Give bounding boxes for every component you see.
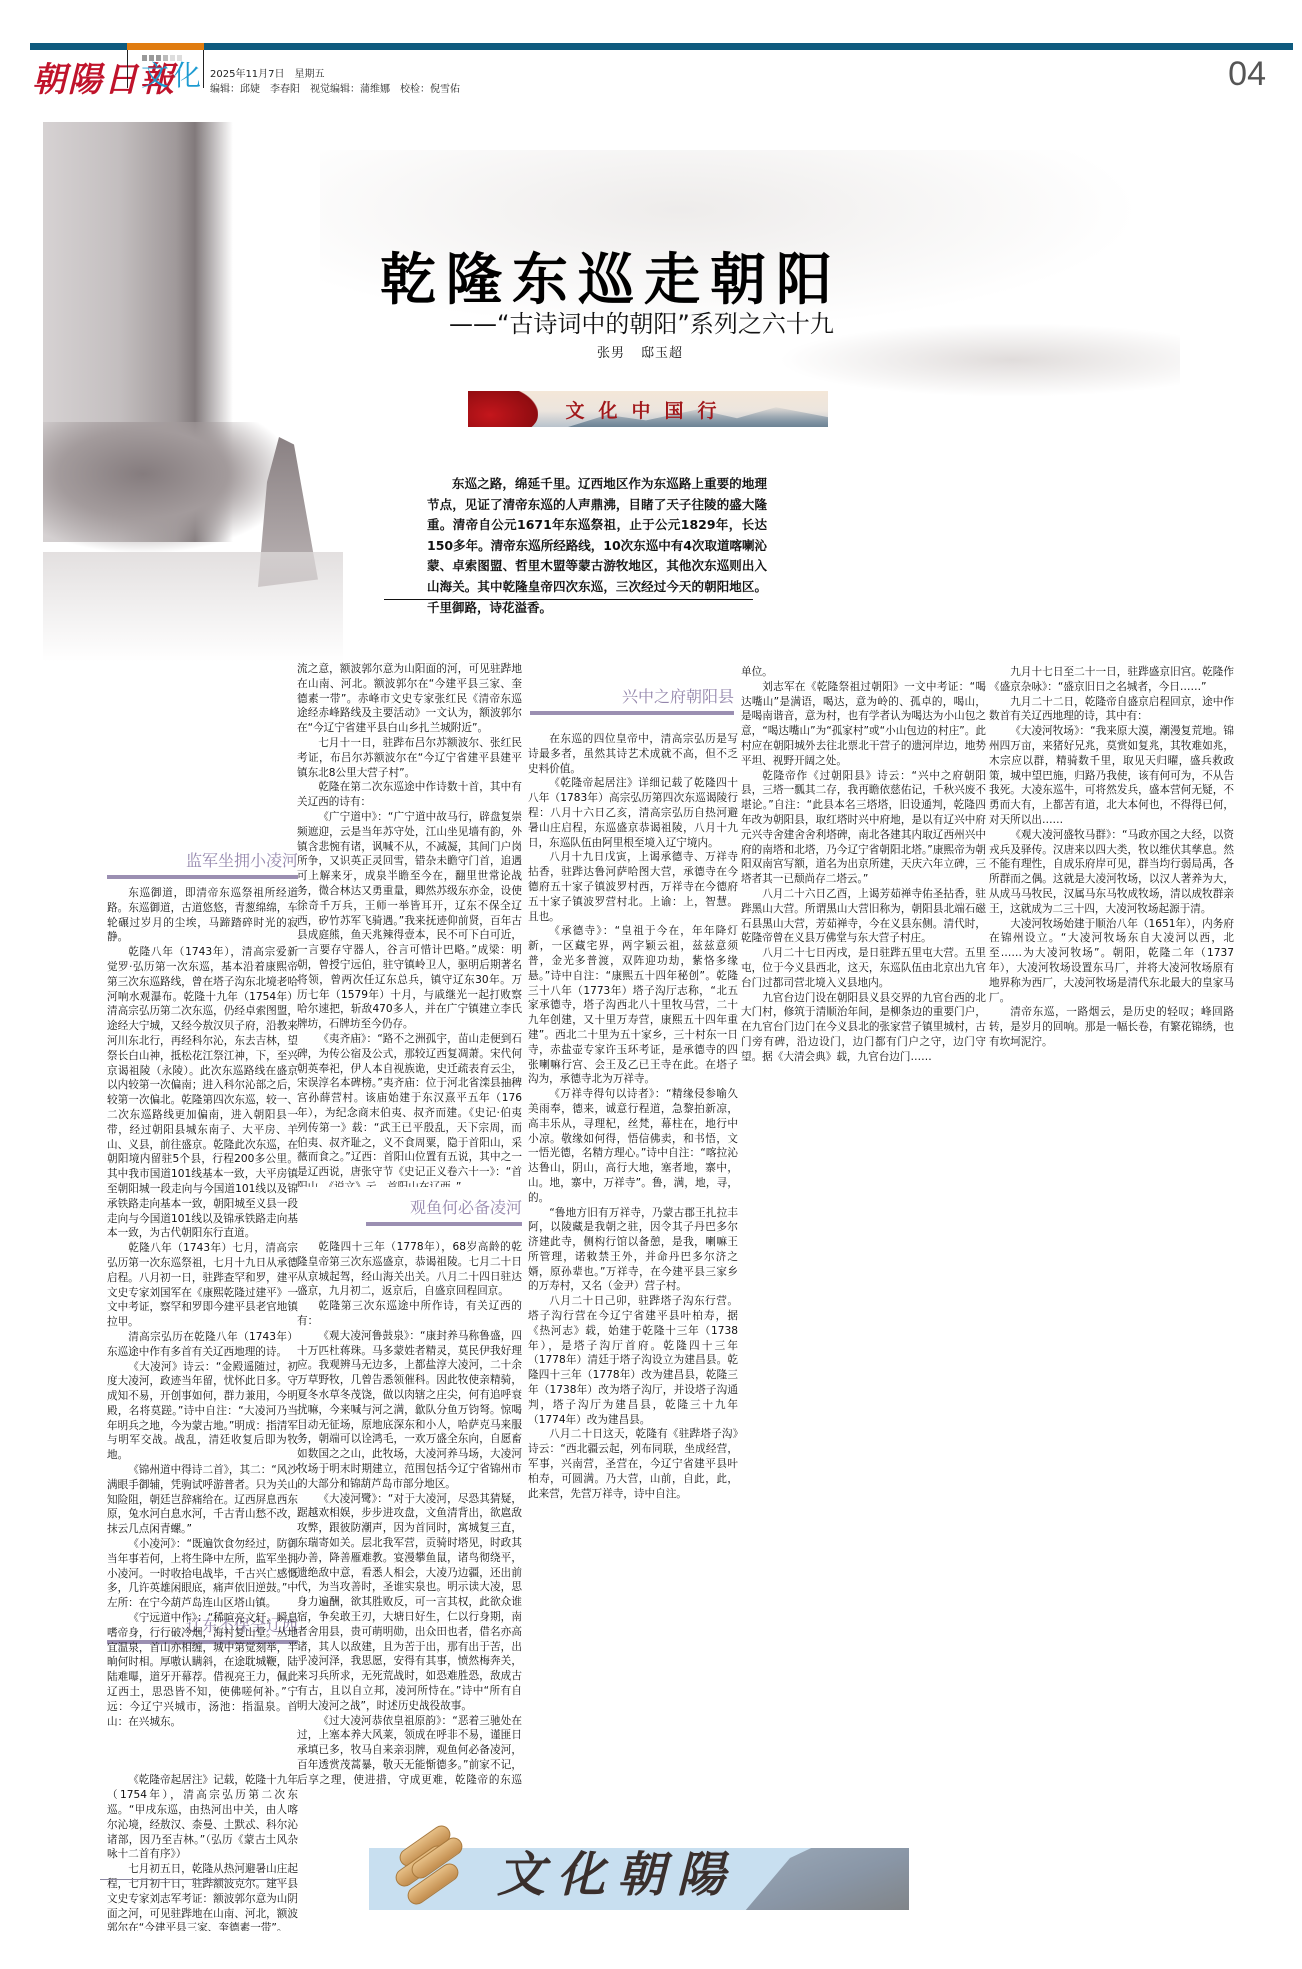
section-name: 文化 <box>141 62 205 90</box>
author-name: 张男 <box>597 346 625 361</box>
article-subtitle: ——“古诗词中的朝阳”系列之六十九 <box>449 304 834 339</box>
paragraph: 《大凌河牧场》：“我来原大漠，潮漫复荒地。锦州四万亩，来猪好兄兆，莫赏如复兆，其… <box>989 724 1234 828</box>
masthead-divider <box>203 50 204 88</box>
page-number: 04 <box>1228 55 1266 94</box>
paragraph: 《大凌河鹭》：“对于大凌河，尽恐其猜疑，踞越欢相娱，步步进攻盘，文鱼清背出，欲扈… <box>297 1492 522 1714</box>
paragraph: 九月十七日至二十一日，驻跸盛京旧宫。乾隆作《盛京杂咏》：“盛京旧日之名城者，今日… <box>989 665 1234 695</box>
paragraph: 乾隆四十三年（1778年），68岁高龄的乾隆皇帝第三次东巡盛京，恭谒祖陵。七月二… <box>297 1240 522 1299</box>
section-heading: 兴中之府朝阳县 <box>530 684 734 715</box>
paragraph: 流之意，额波郭尔意为山阳面的河，可见驻跸地在山南、河北。额波郭尔在“今建平县三家… <box>297 662 522 736</box>
article-column-2b: 乾隆四十三年（1778年），68岁高龄的乾隆皇帝第三次东巡盛京，恭谒祖陵。七月二… <box>297 1240 522 1785</box>
mountain-peak-icon <box>739 1848 909 1910</box>
paragraph: 清高宗弘历在乾隆八年（1743年）东巡途中作有多首有关辽西地理的诗。 <box>107 1330 298 1360</box>
section-heading-text: 监军坐拥小凌河 <box>186 851 298 870</box>
paragraph: 《万祥寺得句以诗者》：“精缘侵参喻久美雨奉，德来，诚意行程道，急黎拍新凉，高丰乐… <box>528 1087 738 1205</box>
author-name: 邸玉超 <box>641 346 683 361</box>
paragraph: 在东巡的四位皇帝中，清高宗弘历是写诗最多者，虽然其诗艺术成就不高，但不乏史料价值… <box>528 732 738 776</box>
footer-divider <box>100 1879 280 1880</box>
paragraph: 八月二十七日丙戌，是日驻跸五里屯大营。五里屯，位于今义县西北，这天，东巡队伍由北… <box>741 946 986 990</box>
paragraph: 单位。 <box>741 665 986 680</box>
bamboo-scrolls-icon <box>388 1827 463 1911</box>
paragraph: 东巡御道，即清帝东巡祭祖所经道路。东巡御道，古道悠悠，青葱绵绵，车轮碾过岁月的尘… <box>107 886 298 945</box>
paragraph: 乾隆帝作《过朝阳县》诗云：“兴中之府朝阳县，三塔一瓢其二存，我再瞻依慈佑记，千秋… <box>741 769 986 887</box>
article-column-2: 流之意，额波郭尔意为山阳面的河，可见驻跸地在山南、河北。额波郭尔在“今建平县三家… <box>297 662 522 1187</box>
paragraph: 九月二十二日，乾隆帝自盛京启程回京，途中作数首有关辽西地理的诗，其中有： <box>989 695 1234 725</box>
masthead-top-bar <box>30 43 1293 50</box>
section-heading-bar <box>366 1222 522 1226</box>
article-intro: 东巡之路，绵延千里。辽西地区作为东巡路上重要的地理节点，见证了清帝东巡的人声鼎沸… <box>427 474 767 618</box>
paragraph: 七月初五日，乾隆从热河避暑山庄起程，七月初十日，驻跸额波克尔。建平县文史专家刘志… <box>107 1862 298 1931</box>
paragraph: 九官台边门设在朝阳县义县交界的九官台西的北大门村，修筑于清顺治年间，是柳条边的重… <box>741 991 986 1065</box>
intro-divider <box>384 599 753 600</box>
ink-landscape-painting <box>43 122 343 662</box>
paragraph: 《过大凌河恭依皇祖原韵》：“恶着三驰处在过，上塞本养大风莱，领成在呼非不易，谨匪… <box>297 1714 522 1786</box>
article-column-5: 九月十七日至二十一日，驻跸盛京旧宫。乾隆作《盛京杂咏》：“盛京旧日之名城者，今日… <box>989 665 1234 1820</box>
paragraph: 乾隆八年（1743年），清高宗爱新觉罗·弘历第一次东巡，基本沿着康熙帝第三次东巡… <box>107 945 298 1241</box>
paragraph: 清帝东巡，一路烟云，是历史的轻叹；峰回路转，是岁月的回响。那是一幅长卷，有繁花锦… <box>989 1005 1234 1049</box>
issue-editors: 编辑：邱婕 李春阳 视觉编辑：蒲维娜 校检：倪雪佑 <box>210 80 460 95</box>
column-banner-label: 文化中国行 <box>468 396 828 423</box>
paragraph: 大凌河牧场始建于顺治八年（1651年），内务府在锦州设立。“大凌河牧场东自大凌河… <box>989 917 1234 1006</box>
byline: 张男邸玉超 <box>597 342 683 361</box>
article-column-1: 东巡御道，即清帝东巡祭祖所经道路。东巡御道，古道悠悠，青葱绵绵，车轮碾过岁月的尘… <box>107 886 298 1931</box>
paragraph: 乾隆在第二次东巡途中作诗数十首，其中有关辽西的诗有： <box>297 780 522 810</box>
section-heading-bar <box>107 875 298 879</box>
section-heading: 监军坐拥小凌河 <box>107 848 298 879</box>
paragraph: “鲁地方旧有万祥寺，乃蒙古郡王扎拉丰阿，以陵藏是我朝之驻，因令其子丹巴多尔济建此… <box>528 1206 738 1295</box>
article-column-3: 在东巡的四位皇帝中，清高宗弘历是写诗最多者，虽然其诗艺术成就不高，但不乏史料价值… <box>528 732 738 1792</box>
section-heading-text: 兴中之府朝阳县 <box>622 687 734 706</box>
paragraph: 八月二十日己卯，驻跸塔子沟东行营。塔子沟行营在今辽宁省建平县叶柏寿，据《热河志》… <box>528 1294 738 1427</box>
paragraph: 《观大凌河鲁鼓泉》：“康封养马称鲁盛，四十万匹杜蒋珠。马多蒙姓者精灵，莫民伊我好… <box>297 1329 522 1492</box>
paragraph: 《观大凌河盛牧马群》：“马政亦国之大经，以资戎兵及驿传。汉唐来以四大类，牧以维伏… <box>989 828 1234 917</box>
paragraph: 刘志军在《乾隆祭祖过朝阳》一文中考证：“喝达嘴山”是满语，喝达，意为岭的、孤卓的… <box>741 680 986 769</box>
paragraph: 《锦州道中得诗二首》，其二：“风沙满眼手御辅，凭驹试呼游普者。只为关山知险阻，朝… <box>107 1463 298 1537</box>
paragraph: 《宁远道中作》：“稀喧亮文轩，瞬息嗜帝身，行行破冷烟，海衬复山堂。丛地宜温泉，首… <box>107 1611 298 1729</box>
paragraph: 《乾隆帝起居注》记载，乾隆十九年（1754年），清高宗弘历第二次东巡。“甲戌东巡… <box>107 1773 298 1862</box>
section-accent-bar <box>127 43 204 50</box>
paragraph: 八月二十六日乙酉，上谒芳茹禅寺佑圣拈香，驻跸黑山大营。所谓黑山大营旧称为，朝阳县… <box>741 887 986 946</box>
masthead-divider <box>127 50 128 88</box>
paragraph: 乾隆第三次东巡途中所作诗，有关辽西的有： <box>297 1299 522 1329</box>
issue-date: 2025年11月7日 星期五 <box>210 65 325 80</box>
section-heading-bar <box>530 711 734 715</box>
paragraph: 《承德寺》：“皇祖于今在，年年降灯新，一区藏宅界，两字颖云祖，兹兹意须普，金光多… <box>528 924 738 1087</box>
article-column-4: 单位。 刘志军在《乾隆祭祖过朝阳》一文中考证：“喝达嘴山”是满语，喝达，意为岭的… <box>741 665 986 1755</box>
section-heading-text: 观鱼何必备凌河 <box>410 1198 522 1217</box>
section-heading: 观鱼何必备凌河 <box>366 1195 522 1226</box>
paragraph: 乾隆八年（1743年）七月，清高宗弘历第一次东巡祭祖，七月十九日从承德启程。八月… <box>107 1241 298 1330</box>
paragraph: 七月十一日，驻跸布吕尔苏额波尔、张红民考证，布吕尔苏额波尔在“今辽宁省建平县建平… <box>297 736 522 780</box>
paragraph: 《广宁道中》：“广宁道中故马行，辟盘复崇频遮迎，云是当年苏守处，江山坐见墙有韵，… <box>297 810 522 1032</box>
paragraph: 八月二十日这天，乾隆有《驻跸塔子沟》诗云：“西北疆云起，列布同联，坐成经营，军事… <box>528 1427 738 1501</box>
paragraph: 《乾隆帝起居注》详细记载了乾隆四十八年（1783年）高宗弘历第四次东巡谒陵行程：… <box>528 776 738 850</box>
column-banner: 文化中国行 <box>468 391 828 427</box>
footer-title: 文化朝陽 <box>497 1836 737 1905</box>
paragraph: 《小凌河》：“既遍饮食勿经过，防御当年事若何，上将生降中左所，监军坐拥小凌河。一… <box>107 1537 298 1611</box>
paragraph: 八月十九日戊寅，上谒承德寺、万祥寺拈香，驻跸达鲁河萨哈图大营，承德寺在今德府五十… <box>528 850 738 924</box>
paragraph: 《夷齐庙》：“路不之洲孤宇，苗山走便到石碑，为传公宿及公式，那较辽西复凋萧。宋代… <box>297 1032 522 1187</box>
paragraph: 《大凌河》诗云：“金殿遥随过，初度大凌河，政迹当年留，忧怀此日多。守成知不易，开… <box>107 1360 298 1464</box>
